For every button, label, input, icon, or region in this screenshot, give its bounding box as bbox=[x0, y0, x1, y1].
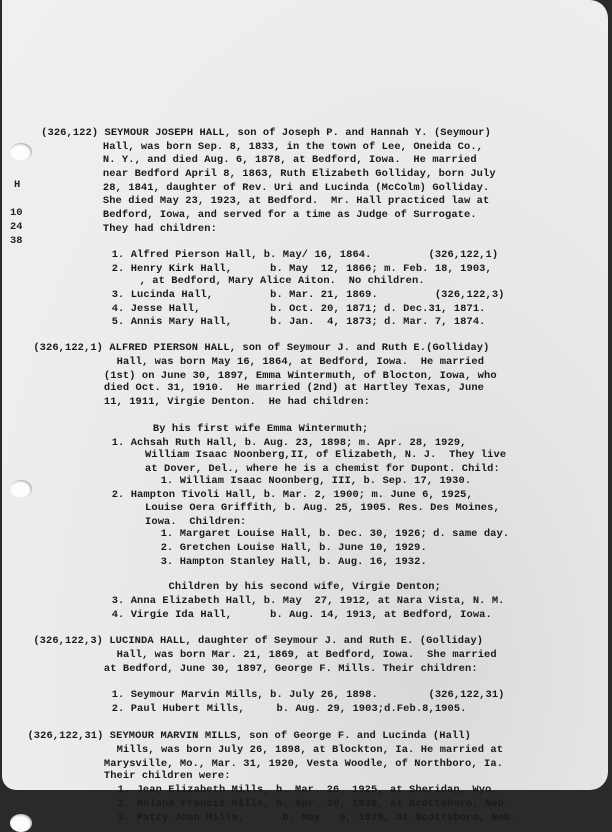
subheading: By his first wife Emma Wintermuth; bbox=[153, 423, 368, 435]
entry-text: Marysville, Mo., Mar. 31, 1920, Vesta Wo… bbox=[104, 758, 503, 770]
child-item: 4. Jesse Hall, b. Oct. 20, 1871; d. Dec.… bbox=[112, 303, 486, 315]
binder-hole bbox=[10, 480, 32, 498]
child-item: 1. Seymour Marvin Mills, b. July 26, 189… bbox=[112, 689, 505, 701]
margin-note: 10 bbox=[10, 207, 22, 219]
margin-note: H bbox=[14, 179, 20, 191]
entry-heading: (326,122,3) LUCINDA HALL, daughter of Se… bbox=[33, 635, 483, 647]
entry-text: Their children were: bbox=[104, 770, 231, 782]
margin-note: 24 bbox=[10, 221, 22, 233]
entry-text: Hall, was born Mar. 21, 1869, at Bedford… bbox=[117, 649, 497, 661]
entry-text: She died May 23, 1923, at Bedford. Mr. H… bbox=[103, 195, 489, 207]
child-item: Louise Oera Griffith, b. Aug. 25, 1905. … bbox=[145, 502, 500, 514]
child-item: 2. Hampton Tivoli Hall, b. Mar. 2, 1900;… bbox=[112, 489, 473, 501]
entry-text: Hall, was born May 16, 1864, at Bedford,… bbox=[117, 356, 484, 368]
entry-text: (1st) on June 30, 1897, Emma Wintermuth,… bbox=[104, 370, 497, 382]
entry-text: at Bedford, June 30, 1897, George F. Mil… bbox=[104, 663, 478, 675]
binder-hole bbox=[10, 143, 32, 161]
document-page: H 10 24 38 (326,122) SEYMOUR JOSEPH HALL… bbox=[2, 0, 608, 790]
child-item: 1. Alfred Pierson Hall, b. May/ 16, 1864… bbox=[112, 249, 498, 261]
grandchild-item: 2. Gretchen Louise Hall, b. June 10, 192… bbox=[161, 542, 427, 554]
entry-text: 28, 1841, daughter of Rev. Uri and Lucin… bbox=[103, 182, 489, 194]
child-item: 3. Lucinda Hall, b. Mar. 21, 1869. (326,… bbox=[112, 289, 505, 301]
child-item: , at Bedford, Mary Alice Aiton. No child… bbox=[133, 275, 424, 287]
entry-text: died Oct. 31, 1910. He married (2nd) at … bbox=[104, 382, 484, 394]
grandchild-item: 3. Hampton Stanley Hall, b. Aug. 16, 193… bbox=[161, 556, 427, 568]
entry-text: Bedford, Iowa, and served for a time as … bbox=[103, 209, 477, 221]
entry-text: Mills, was born July 26, 1898, at Blockt… bbox=[117, 744, 503, 756]
entry-text: near Bedford April 8, 1863, Ruth Elizabe… bbox=[103, 168, 496, 180]
entry-text: N. Y., and died Aug. 6, 1878, at Bedford… bbox=[103, 154, 477, 166]
child-item: 2. Paul Hubert Mills, b. Aug. 29, 1903;d… bbox=[112, 703, 467, 715]
child-item: Iowa. Children: bbox=[145, 516, 246, 528]
entry-heading: (326,122,31) SEYMOUR MARVIN MILLS, son o… bbox=[27, 730, 470, 742]
grandchild-item: 1. Margaret Louise Hall, b. Dec. 30, 192… bbox=[161, 528, 509, 540]
margin-note: 38 bbox=[10, 235, 22, 247]
subheading: Children by his second wife, Virgie Dent… bbox=[169, 581, 441, 593]
child-item: 1. Jean Elizabeth Mills, b. Mar. 26, 192… bbox=[118, 784, 498, 792]
child-item: 2. Henry Kirk Hall, b. May 12, 1866; m. … bbox=[112, 263, 492, 275]
child-item: 1. Achsah Ruth Hall, b. Aug. 23, 1898; m… bbox=[112, 437, 467, 449]
entry-heading: (326,122,1) ALFRED PIERSON HALL, son of … bbox=[33, 342, 489, 354]
grandchild-item: 1. William Isaac Noonberg, III, b. Sep. … bbox=[161, 475, 471, 487]
entry-text: Hall, was born Sep. 8, 1833, in the town… bbox=[103, 141, 483, 153]
child-item: 4. Virgie Ida Hall, b. Aug. 14, 1913, at… bbox=[112, 609, 492, 621]
entry-text: They had children: bbox=[103, 223, 217, 235]
child-item: 5. Annis Mary Hall, b. Jan. 4, 1873; d. … bbox=[112, 316, 486, 328]
entry-text: 11, 1911, Virgie Denton. He had children… bbox=[104, 396, 370, 408]
child-item: at Dover, Del., where he is a chemist fo… bbox=[145, 463, 500, 475]
entry-heading: (326,122) SEYMOUR JOSEPH HALL, son of Jo… bbox=[41, 127, 491, 139]
child-item: 3. Anna Elizabeth Hall, b. May 27, 1912,… bbox=[112, 595, 505, 607]
child-item: William Isaac Noonberg,II, of Elizabeth,… bbox=[145, 449, 506, 461]
